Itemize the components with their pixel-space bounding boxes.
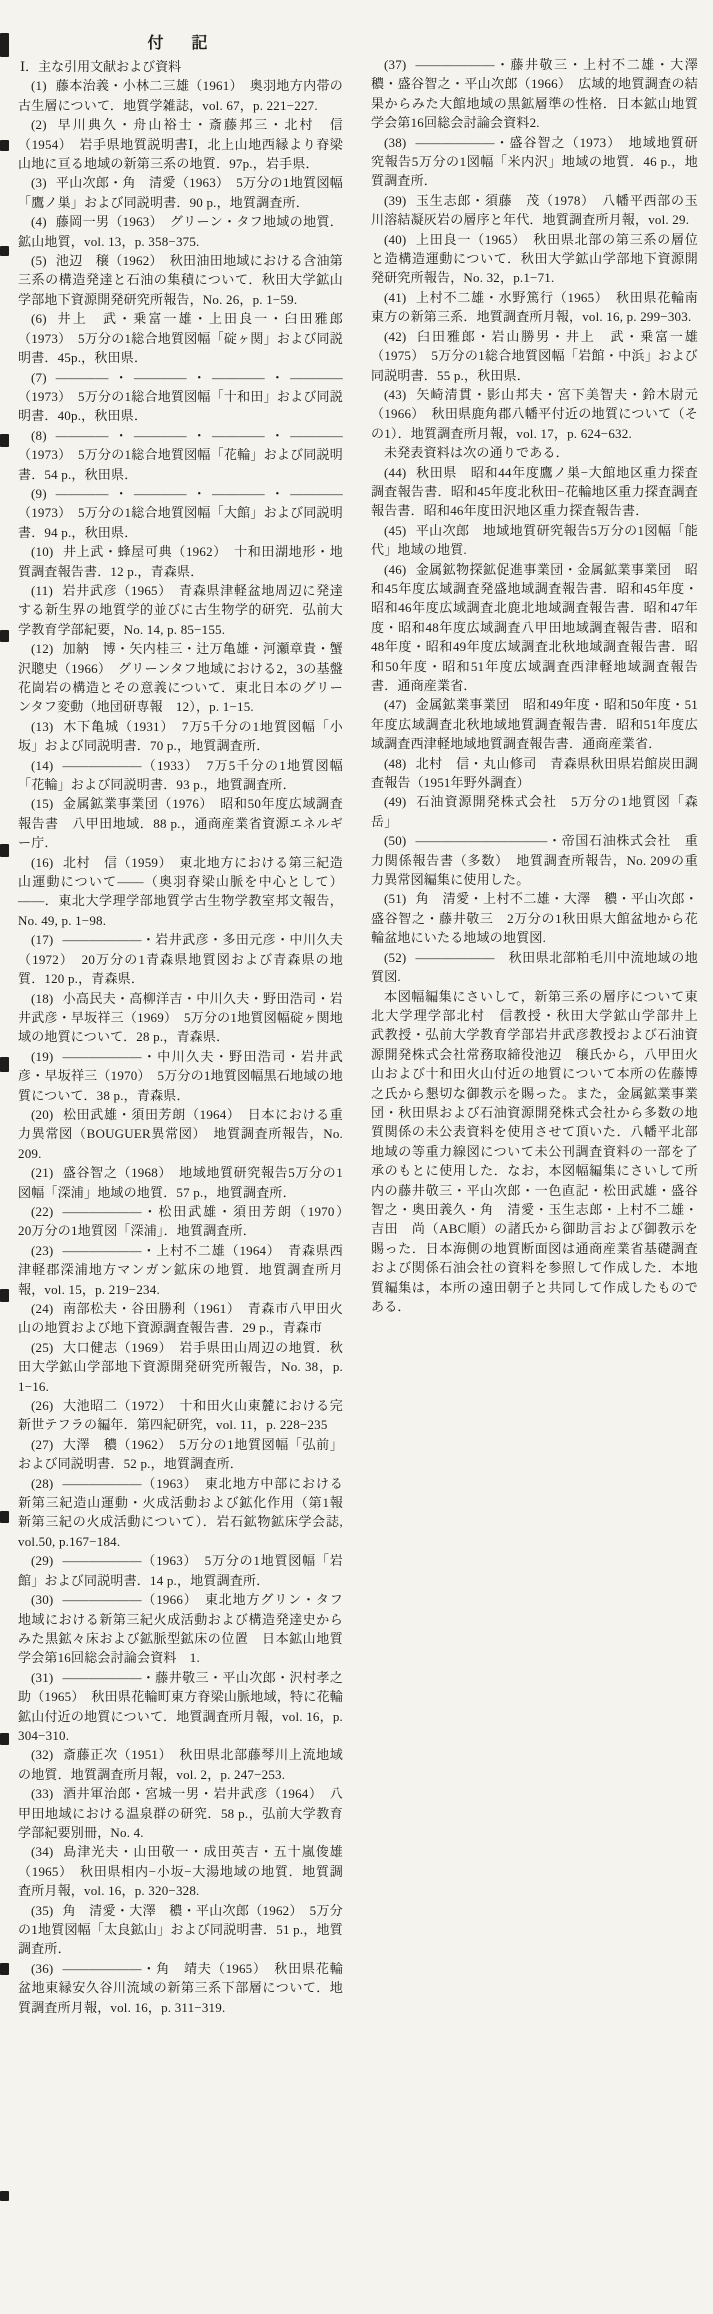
reference-item: (17)――――――・岩井武彦・多田元彦・中川久夫（1972） 20万分の1青森… [18,930,343,988]
reference-item: (5)池辺 穣（1962） 秋田油田地域における含油第三系の構造発達と石油の集積… [18,251,343,309]
right-column: (37)――――――・藤井敬三・上村不二雄・大澤 穠・盛谷智之・平山次郎（196… [371,0,698,1316]
reference-item: (44)秋田県 昭和44年度鷹ノ巣−大館地区重力探査調査報告書．昭和45年度北秋… [371,463,698,521]
reference-number: (14) [31,758,53,773]
reference-number: (42) [384,329,406,344]
reference-number: (32) [31,1747,53,1762]
reference-text: ――――――・中川久夫・野田浩司・岩井武彦・早坂祥三（1970） 5万分の1地質… [18,1049,343,1103]
reference-text: 大口健志（1969） 岩手県田山周辺の地質．秋田大学鉱山学部地下資源開発研究所報… [18,1340,343,1394]
reference-text: 盛谷智之（1968） 地域地質研究報告5万分の1図幅「深浦」地域の地質．57 p… [18,1165,343,1199]
reference-item: (39)玉生志郎・須藤 茂（1978） 八幡平西部の玉川溶結凝灰岩の層序と年代．… [371,191,698,230]
reference-number: (18) [31,991,53,1006]
left-column: 付 記 Ⅰ．主な引用文献および資料 (1)藤本治義・小林二三雄（1961） 奥羽… [18,0,343,2017]
reference-number: (24) [31,1301,53,1316]
reference-text: ―――――― 秋田県北部粕毛川中流地域の地質図. [371,950,698,984]
reference-text: 藤岡一男（1963） グリーン・タフ地域の地質．鉱山地質，vol. 13，p. … [18,214,343,248]
reference-text: 臼田雅郎・岩山勝男・井上 武・乗富一雄（1975） 5万分の1総合地質図幅「岩館… [371,329,698,383]
reference-item: (26)大池昭二（1972） 十和田火山東麓における完新世テフラの編年．第四紀研… [18,1396,343,1435]
reference-item: (24)南部松夫・谷田勝利（1961） 青森市八甲田火山の地質および地下資源調査… [18,1299,343,1338]
reference-text: 井上 武・乗富一雄・上田良一・臼田雅郎（1973） 5万分の1総合地質図幅「碇ヶ… [18,311,343,365]
reference-item: (38)――――――・盛谷智之（1973） 地域地質研究報告5万分の1図幅「米内… [371,133,698,191]
reference-text: 酒井軍治郎・宮城一男・岩井武彦（1964） 八甲田地域における温泉群の研究．58… [18,1786,343,1840]
reference-item: (13)木下亀城（1931） 7万5千分の1地質図幅「小坂」および同説明書．70… [18,717,343,756]
reference-item: (8)――――・――――・――――・――――（1973） 5万分の1総合地質図幅… [18,426,343,484]
reference-item: (42)臼田雅郎・岩山勝男・井上 武・乗富一雄（1975） 5万分の1総合地質図… [371,327,698,385]
reference-list-left: (1)藤本治義・小林二三雄（1961） 奥羽地方内帯の古生層について．地質学雑誌… [18,76,343,2017]
reference-text: 南部松夫・谷田勝利（1961） 青森市八甲田火山の地質および地下資源調査報告書．… [18,1301,343,1335]
reference-number: (27) [31,1437,53,1452]
reference-item: (7)――――・――――・――――・――――（1973） 5万分の1総合地質図幅… [18,368,343,426]
reference-number: (9) [31,486,47,501]
reference-text: 玉生志郎・須藤 茂（1978） 八幡平西部の玉川溶結凝灰岩の層序と年代．地質調査… [371,193,698,227]
reference-item: (34)島津光夫・山田敬一・成田英吉・五十嵐俊雄（1965） 秋田県相内−小坂−… [18,1842,343,1900]
reference-text: 松田武雄・須田芳朗（1964） 日本における重力異常図（BOUGUER異常図） … [18,1107,343,1161]
reference-number: (38) [384,135,406,150]
reference-text: 島津光夫・山田敬一・成田英吉・五十嵐俊雄（1965） 秋田県相内−小坂−大湯地域… [18,1844,343,1898]
reference-number: (22) [31,1204,53,1219]
reference-number: (8) [31,428,47,443]
reference-number: (25) [31,1340,53,1355]
reference-number: (41) [384,290,406,305]
reference-number: (48) [384,756,406,771]
reference-item: (48)北村 信・丸山修司 青森県秋田県岩館炭田調査報告（1951年野外調査） [371,754,698,793]
reference-list-right-upper: (37)――――――・藤井敬三・上村不二雄・大澤 穠・盛谷智之・平山次郎（196… [371,55,698,443]
reference-number: (3) [31,175,47,190]
reference-item: (36)――――――・角 靖夫（1965） 秋田県花輪盆地東縁安久谷川流域の新第… [18,1959,343,2017]
reference-item: (40)上田良一（1965） 秋田県北部の第三系の層位と造構造運動について．秋田… [371,230,698,288]
reference-number: (5) [31,253,47,268]
reference-number: (35) [31,1903,53,1918]
reference-text: 池辺 穣（1962） 秋田油田地域における含油第三系の構造発達と石油の集積につい… [18,253,343,307]
scan-artifact [0,844,9,857]
reference-number: (37) [384,57,406,72]
reference-number: (33) [31,1786,53,1801]
reference-item: (2)早川典久・舟山裕士・斎藤邦三・北村 信（1954） 岩手県地質説明書Ⅰ，北… [18,115,343,173]
reference-item: (41)上村不二雄・水野篤行（1965） 秋田県花輪南東方の新第三系．地質調査所… [371,288,698,327]
reference-number: (1) [31,78,47,93]
reference-item: (19)――――――・中川久夫・野田浩司・岩井武彦・早坂祥三（1970） 5万分… [18,1047,343,1105]
reference-number: (20) [31,1107,53,1122]
reference-number: (43) [384,387,406,402]
reference-item: (30)――――――（1966） 東北地方グリン・タフ地域における新第三紀火成活… [18,1590,343,1668]
reference-number: (13) [31,719,53,734]
reference-item: (29)――――――（1963） 5万分の1地質図幅「岩館」および同説明書．14… [18,1551,343,1590]
reference-text: 平山次郎・角 清愛（1963） 5万分の1地質図幅「鷹ノ巣」および同説明書．90… [18,175,343,209]
reference-item: (16)北村 信（1959） 東北地方における第三紀造山運動について――（奥羽脊… [18,853,343,931]
reference-text: 金属鉱物探鉱促進事業団・金属鉱業事業団 昭和45年度広域調査発盛地域調査報告書．… [371,562,698,693]
reference-number: (39) [384,193,406,208]
reference-item: (33)酒井軍治郎・宮城一男・岩井武彦（1964） 八甲田地域における温泉群の研… [18,1784,343,1842]
scan-artifact [0,2191,9,2201]
reference-number: (21) [31,1165,53,1180]
reference-text: ――――・――――・――――・――――（1973） 5万分の1総合地質図幅「花輪… [18,428,343,482]
reference-item: (32)斎藤正次（1951） 秋田県北部藤琴川上流地域の地質．地質調査所月報，v… [18,1745,343,1784]
reference-number: (40) [384,232,406,247]
scan-artifact [0,434,9,447]
reference-text: 北村 信・丸山修司 青森県秋田県岩館炭田調査報告（1951年野外調査） [371,756,698,790]
reference-item: (15)金属鉱業事業団（1976） 昭和50年度広域調査報告書 八甲田地域．88… [18,794,343,852]
reference-text: ――――――・角 靖夫（1965） 秋田県花輪盆地東縁安久谷川流域の新第三系下部… [18,1961,343,2015]
reference-item: (25)大口健志（1969） 岩手県田山周辺の地質．秋田大学鉱山学部地下資源開発… [18,1338,343,1396]
reference-number: (11) [31,583,53,598]
reference-number: (46) [384,562,406,577]
reference-text: 矢崎清貫・影山邦夫・宮下美智夫・鈴木尉元（1966） 秋田県鹿角郡八幡平付近の地… [371,387,698,441]
page-title: 付 記 [18,33,343,54]
reference-number: (52) [384,950,406,965]
reference-text: 井上武・蜂屋可典（1962） 十和田湖地形・地質調査報告書．12 p.，青森県． [18,544,343,578]
scan-artifact [0,140,9,151]
reference-item: (23)――――――・上村不二雄（1964） 青森県西津軽郡深浦地方マンガン鉱床… [18,1241,343,1299]
reference-text: ――――――・藤井敬三・上村不二雄・大澤 穠・盛谷智之・平山次郎（1966） 広… [371,57,711,130]
reference-item: (10)井上武・蜂屋可典（1962） 十和田湖地形・地質調査報告書．12 p.，… [18,542,343,581]
reference-number: (19) [31,1049,53,1064]
reference-text: ――――・――――・――――・――――（1973） 5万分の1総合地質図幅「十和… [18,370,343,424]
reference-text: ――――――（1966） 東北地方グリン・タフ地域における新第三紀火成活動および… [18,1592,343,1665]
section-heading: Ⅰ．主な引用文献および資料 [18,57,343,76]
reference-item: (51)角 清愛・上村不二雄・大澤 穠・平山次郎・盛谷智之・藤井敬三 2万分の1… [371,889,698,947]
reference-text: 角 清愛・大澤 穠・平山次郎（1962） 5万分の1地質図幅「太良鉱山」および同… [18,1903,343,1957]
reference-number: (51) [384,891,406,906]
reference-text: 平山次郎 地域地質研究報告5万分の1図幅「能代」地域の地質. [371,523,698,557]
reference-text: 加納 博・矢内桂三・辻万亀雄・河瀬章貴・蟹沢聰史（1966） グリーンタフ地域に… [18,641,343,714]
reference-text: 大澤 穠（1962） 5万分の1地質図幅「弘前」および同説明書．52 p.，地質… [18,1437,343,1471]
reference-text: 角 清愛・上村不二雄・大澤 穠・平山次郎・盛谷智之・藤井敬三 2万分の1秋田県大… [371,891,698,945]
scan-artifact [0,246,9,256]
reference-text: ――――――（1963） 5万分の1地質図幅「岩館」および同説明書．14 p.，… [18,1553,343,1587]
reference-text: ――――――・上村不二雄（1964） 青森県西津軽郡深浦地方マンガン鉱床の地質．… [18,1243,343,1297]
reference-text: ――――――・松田武雄・須田芳朗（1970） 20万分の1地質図「深浦」．地質調… [18,1204,356,1238]
document-page: 付 記 Ⅰ．主な引用文献および資料 (1)藤本治義・小林二三雄（1961） 奥羽… [0,0,713,2314]
reference-text: 小高民夫・高柳洋吉・中川久夫・野田浩司・岩井武彦・早坂祥三（1969） 5万分の… [18,991,343,1045]
reference-item: (35)角 清愛・大澤 穠・平山次郎（1962） 5万分の1地質図幅「太良鉱山」… [18,1901,343,1959]
scan-artifact [0,1511,9,1523]
reference-number: (17) [31,932,53,947]
reference-text: ――――――――――・帝国石油株式会社 重力関係報告書（多数） 地質調査所報告，… [371,833,698,887]
reference-number: (15) [31,796,53,811]
reference-number: (36) [31,1961,53,1976]
reference-item: (52)―――――― 秋田県北部粕毛川中流地域の地質図. [371,948,698,987]
scan-artifact [0,1289,9,1302]
reference-text: 藤本治義・小林二三雄（1961） 奥羽地方内帯の古生層について．地質学雑誌，vo… [18,78,343,112]
reference-item: (11)岩井武彦（1965） 青森県津軽盆地周辺に発達する新生界の地質学的並びに… [18,581,343,639]
reference-number: (10) [31,544,53,559]
reference-item: (6)井上 武・乗富一雄・上田良一・臼田雅郎（1973） 5万分の1総合地質図幅… [18,309,343,367]
reference-text: 木下亀城（1931） 7万5千分の1地質図幅「小坂」および同説明書．70 p.，… [18,719,343,753]
reference-item: (9)――――・――――・――――・――――（1973） 5万分の1総合地質図幅… [18,484,343,542]
reference-number: (49) [384,794,406,809]
reference-item: (43)矢崎清貫・影山邦夫・宮下美智夫・鈴木尉元（1966） 秋田県鹿角郡八幡平… [371,385,698,443]
reference-number: (23) [31,1243,53,1258]
reference-number: (16) [31,855,53,870]
reference-number: (45) [384,523,406,538]
reference-text: 金属鉱業事業団 昭和49年度・昭和50年度・51年度広域調査北秋地域地質調査報告… [371,697,698,751]
reference-text: 大池昭二（1972） 十和田火山東麓における完新世テフラの編年．第四紀研究，vo… [18,1398,343,1432]
reference-text: 秋田県 昭和44年度鷹ノ巣−大館地区重力探査調査報告書．昭和45年度北秋田−花輪… [371,465,698,519]
reference-text: 斎藤正次（1951） 秋田県北部藤琴川上流地域の地質．地質調査所月報，vol. … [18,1747,343,1781]
reference-item: (28)――――――（1963） 東北地方中部における新第三紀造山運動・火成活動… [18,1474,343,1552]
reference-item: (22)――――――・松田武雄・須田芳朗（1970） 20万分の1地質図「深浦」… [18,1202,343,1241]
reference-item: (20)松田武雄・須田芳朗（1964） 日本における重力異常図（BOUGUER異… [18,1105,343,1163]
reference-number: (26) [31,1398,53,1413]
reference-number: (12) [31,641,53,656]
reference-number: (28) [31,1476,53,1491]
scan-artifact [0,630,9,642]
reference-item: (50)――――――――――・帝国石油株式会社 重力関係報告書（多数） 地質調査… [371,831,698,889]
reference-item: (37)――――――・藤井敬三・上村不二雄・大澤 穠・盛谷智之・平山次郎（196… [371,55,698,133]
reference-item: (4)藤岡一男（1963） グリーン・タフ地域の地質．鉱山地質，vol. 13，… [18,212,343,251]
reference-list-right-lower: (44)秋田県 昭和44年度鷹ノ巣−大館地区重力探査調査報告書．昭和45年度北秋… [371,463,698,987]
reference-item: (1)藤本治義・小林二三雄（1961） 奥羽地方内帯の古生層について．地質学雑誌… [18,76,343,115]
reference-number: (30) [31,1592,53,1607]
acknowledgment-paragraph: 本図幅編集にさいして，新第三系の層序について東北大学理学部北村 信教授・秋田大学… [371,987,698,1317]
reference-number: (2) [31,117,47,132]
reference-item: (14)――――――（1933） 7万5千分の1地質図幅「花輪」および同説明書．… [18,756,343,795]
scan-artifact [0,1057,9,1072]
reference-item: (21)盛谷智之（1968） 地域地質研究報告5万分の1図幅「深浦」地域の地質．… [18,1163,343,1202]
reference-text: 北村 信（1959） 東北地方における第三紀造山運動について――（奥羽脊梁山脈を… [18,855,343,928]
reference-text: 上田良一（1965） 秋田県北部の第三系の層位と造構造運動について．秋田大学鉱山… [371,232,698,286]
reference-number: (44) [384,465,406,480]
scan-artifact [0,1733,9,1745]
reference-number: (7) [31,370,47,385]
reference-item: (27)大澤 穠（1962） 5万分の1地質図幅「弘前」および同説明書．52 p… [18,1435,343,1474]
reference-number: (47) [384,697,406,712]
reference-text: 上村不二雄・水野篤行（1965） 秋田県花輪南東方の新第三系．地質調査所月報，v… [371,290,698,324]
scan-artifact [0,33,9,57]
reference-number: (4) [31,214,47,229]
reference-number: (6) [31,311,47,326]
reference-item: (45)平山次郎 地域地質研究報告5万分の1図幅「能代」地域の地質. [371,521,698,560]
reference-item: (47)金属鉱業事業団 昭和49年度・昭和50年度・51年度広域調査北秋地域地質… [371,695,698,753]
reference-item: (18)小高民夫・高柳洋吉・中川久夫・野田浩司・岩井武彦・早坂祥三（1969） … [18,989,343,1047]
reference-item: (31)――――――・藤井敬三・平山次郎・沢村孝之助（1965） 秋田県花輪町東… [18,1668,343,1746]
reference-text: ――――――・藤井敬三・平山次郎・沢村孝之助（1965） 秋田県花輪町東方脊梁山… [18,1670,343,1743]
reference-number: (34) [31,1844,53,1859]
reference-text: ――――――（1933） 7万5千分の1地質図幅「花輪」および同説明書．93 p… [18,758,343,792]
reference-item: (46)金属鉱物探鉱促進事業団・金属鉱業事業団 昭和45年度広域調査発盛地域調査… [371,560,698,696]
reference-text: ――――――・盛谷智之（1973） 地域地質研究報告5万分の1図幅「米内沢」地域… [371,135,698,189]
reference-text: 金属鉱業事業団（1976） 昭和50年度広域調査報告書 八甲田地域．88 p.，… [18,796,343,850]
reference-text: 石油資源開発株式会社 5万分の1地質図「森岳」 [371,794,698,828]
reference-text: 岩井武彦（1965） 青森県津軽盆地周辺に発達する新生界の地質学的並びに古生物学… [18,583,343,637]
scan-artifact [0,1963,9,1975]
reference-item: (12)加納 博・矢内桂三・辻万亀雄・河瀬章貴・蟹沢聰史（1966） グリーンタ… [18,639,343,717]
reference-text: 早川典久・舟山裕士・斎藤邦三・北村 信（1954） 岩手県地質説明書Ⅰ，北上山地… [18,117,343,171]
reference-text: ――――――・岩井武彦・多田元彦・中川久夫（1972） 20万分の1青森県地質図… [18,932,343,986]
reference-text: ――――・――――・――――・――――（1973） 5万分の1総合地質図幅「大館… [18,486,343,540]
reference-text: ――――――（1963） 東北地方中部における新第三紀造山運動・火成活動および鉱… [18,1476,356,1549]
reference-number: (31) [31,1670,53,1685]
reference-item: (3)平山次郎・角 清愛（1963） 5万分の1地質図幅「鷹ノ巣」および同説明書… [18,173,343,212]
reference-item: (49)石油資源開発株式会社 5万分の1地質図「森岳」 [371,792,698,831]
reference-number: (50) [384,833,406,848]
reference-number: (29) [31,1553,53,1568]
unpublished-materials-note: 未発表資料は次の通りである． [371,443,698,462]
